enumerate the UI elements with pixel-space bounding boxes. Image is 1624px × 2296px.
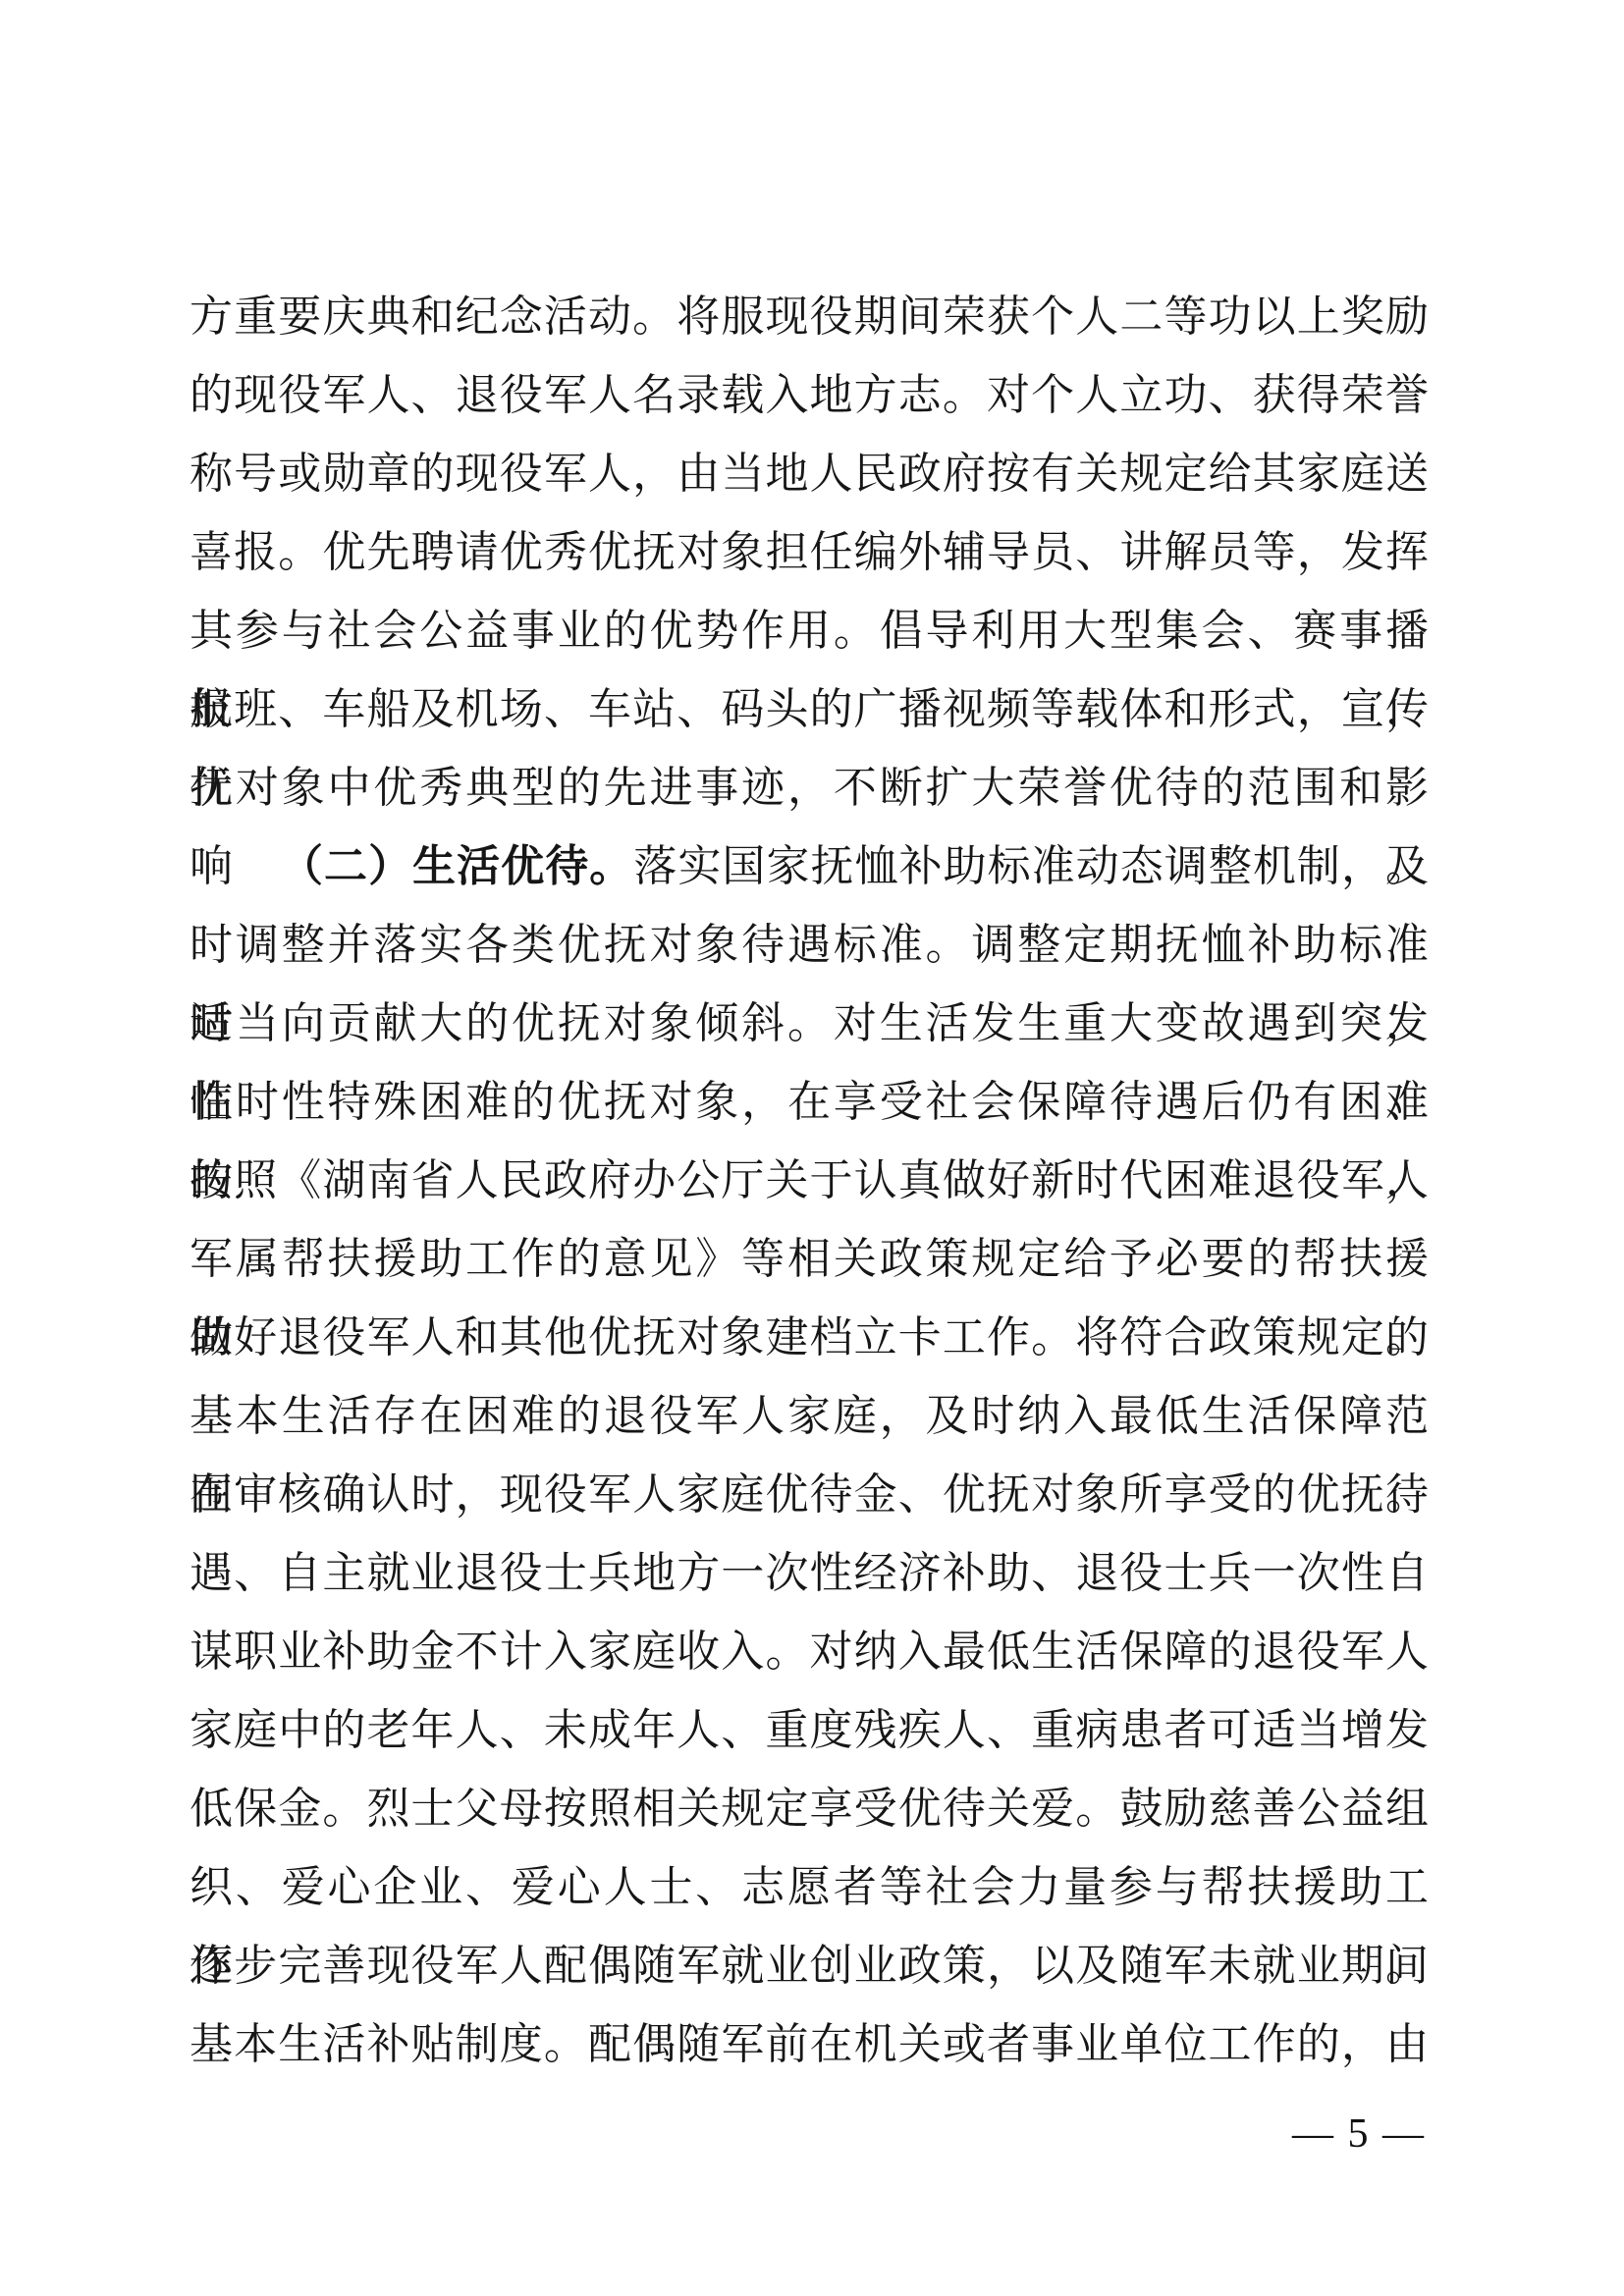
- text-line: 称号或勋章的现役军人，由当地人民政府按有关规定给其家庭送: [189, 435, 1429, 513]
- text-line: 遇、自主就业退役士兵地方一次性经济补助、退役士兵一次性自: [189, 1534, 1429, 1613]
- text-line: 的现役军人、退役军人名录载入地方志。对个人立功、获得荣誉: [189, 356, 1429, 435]
- body-text: 家庭中的老年人、未成年人、重度残疾人、重病患者可适当增发: [189, 1706, 1429, 1754]
- text-line: 其参与社会公益事业的优势作用。倡导利用大型集会、赛事播报，: [189, 592, 1429, 670]
- body-text: 落实国家抚恤补助标准动态调整机制，及: [633, 842, 1429, 890]
- text-line: 临时性特殊困难的优抚对象，在享受社会保障待遇后仍有困难的，: [189, 1063, 1429, 1142]
- section-heading: （二）生活优待。: [280, 842, 633, 890]
- text-line: 适当向贡献大的优抚对象倾斜。对生活发生重大变故遇到突发性、: [189, 985, 1429, 1063]
- text-line: （二）生活优待。落实国家抚恤补助标准动态调整机制，及: [189, 828, 1429, 906]
- text-line: 做好退役军人和其他优抚对象建档立卡工作。将符合政策规定的: [189, 1299, 1429, 1377]
- text-line: 在审核确认时，现役军人家庭优待金、优抚对象所享受的优抚待: [189, 1456, 1429, 1534]
- text-line: 低保金。烈士父母按照相关规定享受优待关爱。鼓励慈善公益组: [189, 1770, 1429, 1848]
- text-line: 基本生活补贴制度。配偶随军前在机关或者事业单位工作的，由: [189, 2005, 1429, 2084]
- body-text: 做好退役军人和其他优抚对象建档立卡工作。将符合政策规定的: [189, 1313, 1429, 1362]
- page-footer: — 5 —: [1292, 2109, 1426, 2160]
- body-text: 谋职业补助金不计入家庭收入。对纳入最低生活保障的退役军人: [189, 1628, 1429, 1676]
- text-line: 按照《湖南省人民政府办公厅关于认真做好新时代困难退役军人: [189, 1142, 1429, 1220]
- body-text: 遇、自主就业退役士兵地方一次性经济补助、退役士兵一次性自: [189, 1549, 1429, 1597]
- body-text: 低保金。烈士父母按照相关规定享受优待关爱。鼓励慈善公益组: [189, 1785, 1429, 1833]
- text-line: 谋职业补助金不计入家庭收入。对纳入最低生活保障的退役军人: [189, 1613, 1429, 1691]
- body-text: 方重要庆典和纪念活动。将服现役期间荣获个人二等功以上奖励: [189, 293, 1429, 341]
- text-line: 航班、车船及机场、车站、码头的广播视频等载体和形式，宣传优: [189, 670, 1429, 749]
- document-body: 方重要庆典和纪念活动。将服现役期间荣获个人二等功以上奖励的现役军人、退役军人名录…: [189, 278, 1429, 2084]
- body-text: 称号或勋章的现役军人，由当地人民政府按有关规定给其家庭送: [189, 450, 1429, 498]
- text-line: 家庭中的老年人、未成年人、重度残疾人、重病患者可适当增发: [189, 1691, 1429, 1770]
- body-text: 的现役军人、退役军人名录载入地方志。对个人立功、获得荣誉: [189, 371, 1429, 419]
- text-line: 织、爱心企业、爱心人士、志愿者等社会力量参与帮扶援助工作。: [189, 1848, 1429, 1927]
- document-page: 方重要庆典和纪念活动。将服现役期间荣获个人二等功以上奖励的现役军人、退役军人名录…: [0, 0, 1624, 2296]
- text-line: 军属帮扶援助工作的意见》等相关政策规定给予必要的帮扶援助。: [189, 1220, 1429, 1299]
- body-text: 喜报。优先聘请优秀优抚对象担任编外辅导员、讲解员等，发挥: [189, 528, 1429, 576]
- text-line: 时调整并落实各类优抚对象待遇标准。调整定期抚恤补助标准时，: [189, 906, 1429, 985]
- body-text: 基本生活补贴制度。配偶随军前在机关或者事业单位工作的，由: [189, 2020, 1429, 2068]
- body-text: 逐步完善现役军人配偶随军就业创业政策，以及随军未就业期间: [189, 1942, 1429, 1990]
- text-line: 抚对象中优秀典型的先进事迹，不断扩大荣誉优待的范围和影响。: [189, 749, 1429, 828]
- text-line: 方重要庆典和纪念活动。将服现役期间荣获个人二等功以上奖励: [189, 278, 1429, 356]
- text-line: 逐步完善现役军人配偶随军就业创业政策，以及随军未就业期间: [189, 1927, 1429, 2005]
- text-line: 基本生活存在困难的退役军人家庭，及时纳入最低生活保障范围。: [189, 1377, 1429, 1456]
- page-number: — 5 —: [1292, 2111, 1426, 2157]
- text-line: 喜报。优先聘请优秀优抚对象担任编外辅导员、讲解员等，发挥: [189, 513, 1429, 592]
- body-text: 按照《湖南省人民政府办公厅关于认真做好新时代困难退役军人: [189, 1156, 1429, 1204]
- body-text: 在审核确认时，现役军人家庭优待金、优抚对象所享受的优抚待: [189, 1470, 1429, 1519]
